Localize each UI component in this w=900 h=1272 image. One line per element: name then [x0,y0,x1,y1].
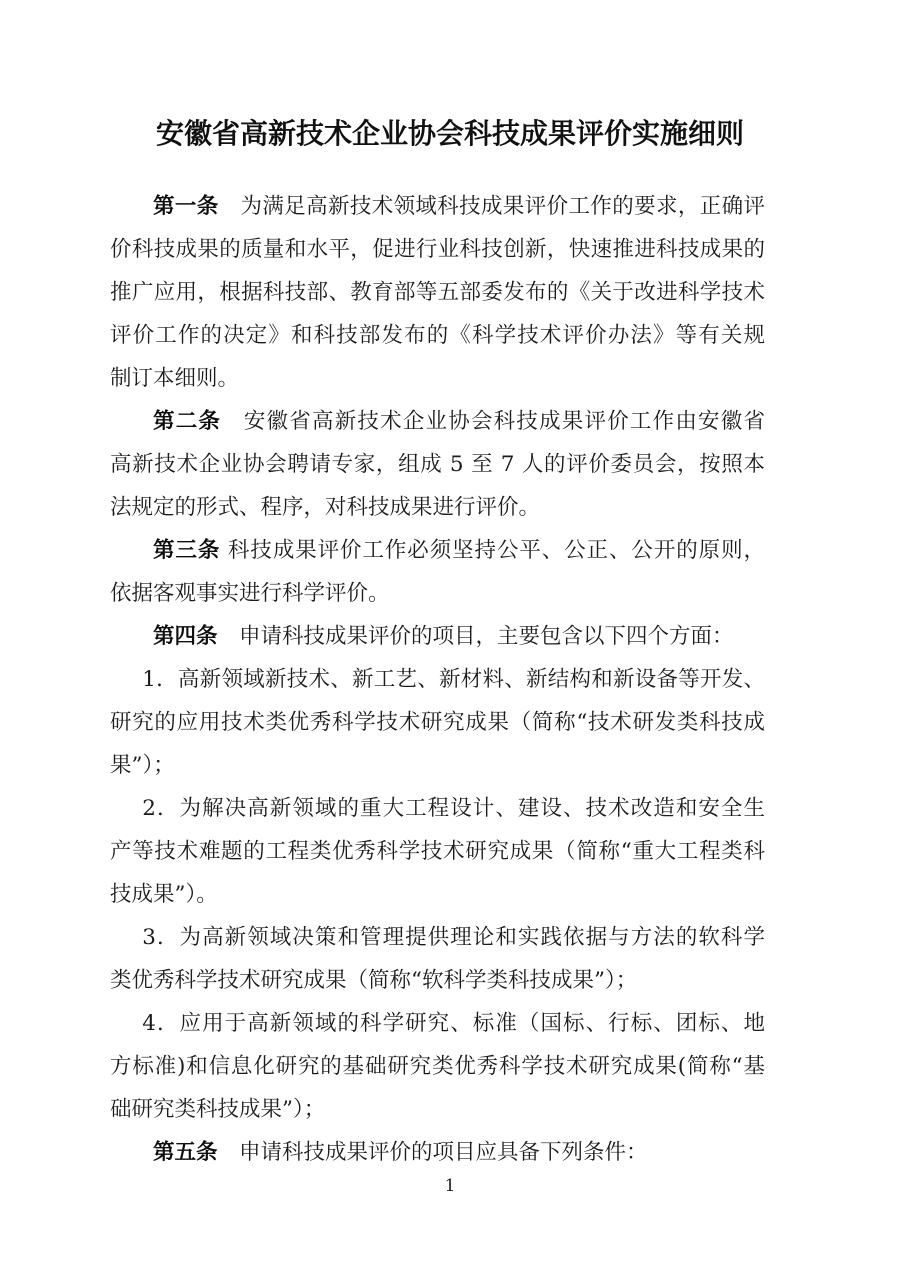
text-line: 果”）； [110,744,765,787]
text-line: 第五条 申请科技成果评价的项目应具备下列条件： [110,1131,765,1174]
text-line: 3．为高新领域决策和管理提供理论和实践依据与方法的软科学 [110,916,765,959]
text-line: 第二条 安徽省高新技术企业协会科技成果评价工作由安徽省 [110,400,765,443]
text-line: 价科技成果的质量和水平，促进行业科技创新，快速推进科技成果的 [110,228,765,271]
text-run: 研究的应用技术类优秀科学技术研究成果（简称“技术研发类科技成 [110,710,765,735]
text-run: 法规定的形式、程序，对科技成果进行评价。 [110,495,540,520]
article-label: 第四条 [153,624,218,649]
paragraph-item-1: 1．高新领域新技术、新工艺、新材料、新结构和新设备等开发、研究的应用技术类优秀科… [110,658,765,787]
text-run: 1．高新领域新技术、新工艺、新材料、新结构和新设备等开发、 [142,667,765,692]
paragraph-article-4: 第四条 申请科技成果评价的项目，主要包含以下四个方面： [110,615,765,658]
text-run: 方标准)和信息化研究的基础研究类优秀科学技术研究成果(简称“基 [110,1054,765,1079]
text-line: 研究的应用技术类优秀科学技术研究成果（简称“技术研发类科技成 [110,701,765,744]
text-run: 制订本细则。 [110,366,239,391]
article-label: 第三条 [153,538,220,563]
document-body: 第一条 为满足高新技术领域科技成果评价工作的要求，正确评价科技成果的质量和水平，… [110,185,765,1174]
text-run: 价科技成果的质量和水平，促进行业科技创新，快速推进科技成果的 [110,237,765,262]
text-run: 产等技术难题的工程类优秀科学技术研究成果（简称“重大工程类科 [110,839,765,864]
text-line: 技成果”）。 [110,873,765,916]
text-run: 高新技术企业协会聘请专家，组成 5 至 7 人的评价委员会，按照本办 [110,452,765,486]
paragraph-article-5: 第五条 申请科技成果评价的项目应具备下列条件： [110,1131,765,1174]
text-line: 1．高新领域新技术、新工艺、新材料、新结构和新设备等开发、 [110,658,765,701]
text-run: 础研究类科技成果”）； [110,1097,325,1122]
text-line: 推广应用，根据科技部、教育部等五部委发布的《关于改进科学技术 [110,271,765,314]
text-line: 评价工作的决定》和科技部发布的《科学技术评价办法》等有关规定， [110,314,765,357]
text-run: 申请科技成果评价的项目应具备下列条件： [218,1140,648,1165]
paragraph-article-1: 第一条 为满足高新技术领域科技成果评价工作的要求，正确评价科技成果的质量和水平，… [110,185,765,400]
text-line: 方标准)和信息化研究的基础研究类优秀科学技术研究成果(简称“基 [110,1045,765,1088]
text-line: 4．应用于高新领域的科学研究、标准（国标、行标、团标、地 [110,1002,765,1045]
text-line: 第四条 申请科技成果评价的项目，主要包含以下四个方面： [110,615,765,658]
article-label: 第五条 [153,1140,218,1165]
text-line: 础研究类科技成果”）； [110,1088,765,1131]
text-run: 依据客观事实进行科学评价。 [110,581,390,606]
text-run: 为满足高新技术领域科技成果评价工作的要求，正确评 [219,194,765,219]
text-line: 法规定的形式、程序，对科技成果进行评价。 [110,486,765,529]
text-line: 制订本细则。 [110,357,765,400]
document-title: 安徽省高新技术企业协会科技成果评价实施细则 [0,112,900,152]
text-run: 安徽省高新技术企业协会科技成果评价工作由安徽省 [221,409,765,434]
text-line: 第一条 为满足高新技术领域科技成果评价工作的要求，正确评 [110,185,765,228]
text-run: 4．应用于高新领域的科学研究、标准（国标、行标、团标、地 [142,1011,765,1036]
text-run: 评价工作的决定》和科技部发布的《科学技术评价办法》等有关规定， [110,323,765,357]
text-line: 产等技术难题的工程类优秀科学技术研究成果（简称“重大工程类科 [110,830,765,873]
paragraph-article-2: 第二条 安徽省高新技术企业协会科技成果评价工作由安徽省高新技术企业协会聘请专家，… [110,400,765,529]
text-line: 高新技术企业协会聘请专家，组成 5 至 7 人的评价委员会，按照本办 [110,443,765,486]
text-run: 果”）； [110,753,175,778]
text-run: 技成果”）。 [110,882,218,907]
text-line: 2．为解决高新领域的重大工程设计、建设、技术改造和安全生 [110,787,765,830]
text-line: 类优秀科学技术研究成果（简称“软科学类科技成果”）； [110,959,765,1002]
paragraph-item-2: 2．为解决高新领域的重大工程设计、建设、技术改造和安全生产等技术难题的工程类优秀… [110,787,765,916]
text-line: 第三条 科技成果评价工作必须坚持公平、公正、公开的原则， [110,529,765,572]
paragraph-item-3: 3．为高新领域决策和管理提供理论和实践依据与方法的软科学类优秀科学技术研究成果（… [110,916,765,1002]
paragraph-article-3: 第三条 科技成果评价工作必须坚持公平、公正、公开的原则，依据客观事实进行科学评价… [110,529,765,615]
paragraph-item-4: 4．应用于高新领域的科学研究、标准（国标、行标、团标、地方标准)和信息化研究的基… [110,1002,765,1131]
text-run: 类优秀科学技术研究成果（简称“软科学类科技成果”）； [110,968,637,993]
article-label: 第二条 [153,409,221,434]
text-run: 推广应用，根据科技部、教育部等五部委发布的《关于改进科学技术 [110,280,765,305]
page-number: 1 [0,1176,900,1196]
article-label: 第一条 [153,194,219,219]
text-line: 依据客观事实进行科学评价。 [110,572,765,615]
text-run: 申请科技成果评价的项目，主要包含以下四个方面： [218,624,734,649]
text-run: 科技成果评价工作必须坚持公平、公正、公开的原则， [220,538,765,563]
text-run: 3．为高新领域决策和管理提供理论和实践依据与方法的软科学 [142,925,765,950]
text-run: 2．为解决高新领域的重大工程设计、建设、技术改造和安全生 [142,796,765,821]
document-page: 安徽省高新技术企业协会科技成果评价实施细则 第一条 为满足高新技术领域科技成果评… [0,0,900,1272]
